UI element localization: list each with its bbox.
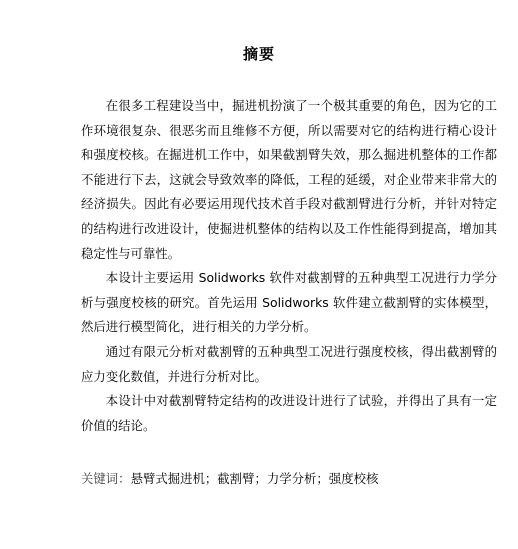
document-page: 摘要 在很多工程建设当中，掘进机扮演了一个极其重要的角色，因为它的工作环境很复杂…: [0, 0, 518, 549]
abstract-paragraph-3: 通过有限元分析对截割臂的五种典型工况进行强度校核，得出截割臂的应力变化数值，并进…: [81, 340, 497, 389]
keywords-line: 关键词：悬臂式掘进机；截割臂；力学分析；强度校核: [81, 470, 378, 488]
keywords-label: 关键词：: [81, 471, 131, 486]
keywords-value: 悬臂式掘进机；截割臂；力学分析；强度校核: [131, 471, 379, 486]
abstract-paragraph-4: 本设计中对截割臂特定结构的改进设计进行了试验，并得出了具有一定价值的结论。: [81, 389, 497, 438]
abstract-title: 摘要: [0, 43, 518, 64]
abstract-paragraph-2: 本设计主要运用 Solidworks 软件对截割臂的五种典型工况进行力学分析与强…: [81, 266, 497, 340]
abstract-paragraph-1: 在很多工程建设当中，掘进机扮演了一个极其重要的角色，因为它的工作环境很复杂、很恶…: [81, 94, 497, 266]
abstract-body: 在很多工程建设当中，掘进机扮演了一个极其重要的角色，因为它的工作环境很复杂、很恶…: [81, 94, 497, 438]
